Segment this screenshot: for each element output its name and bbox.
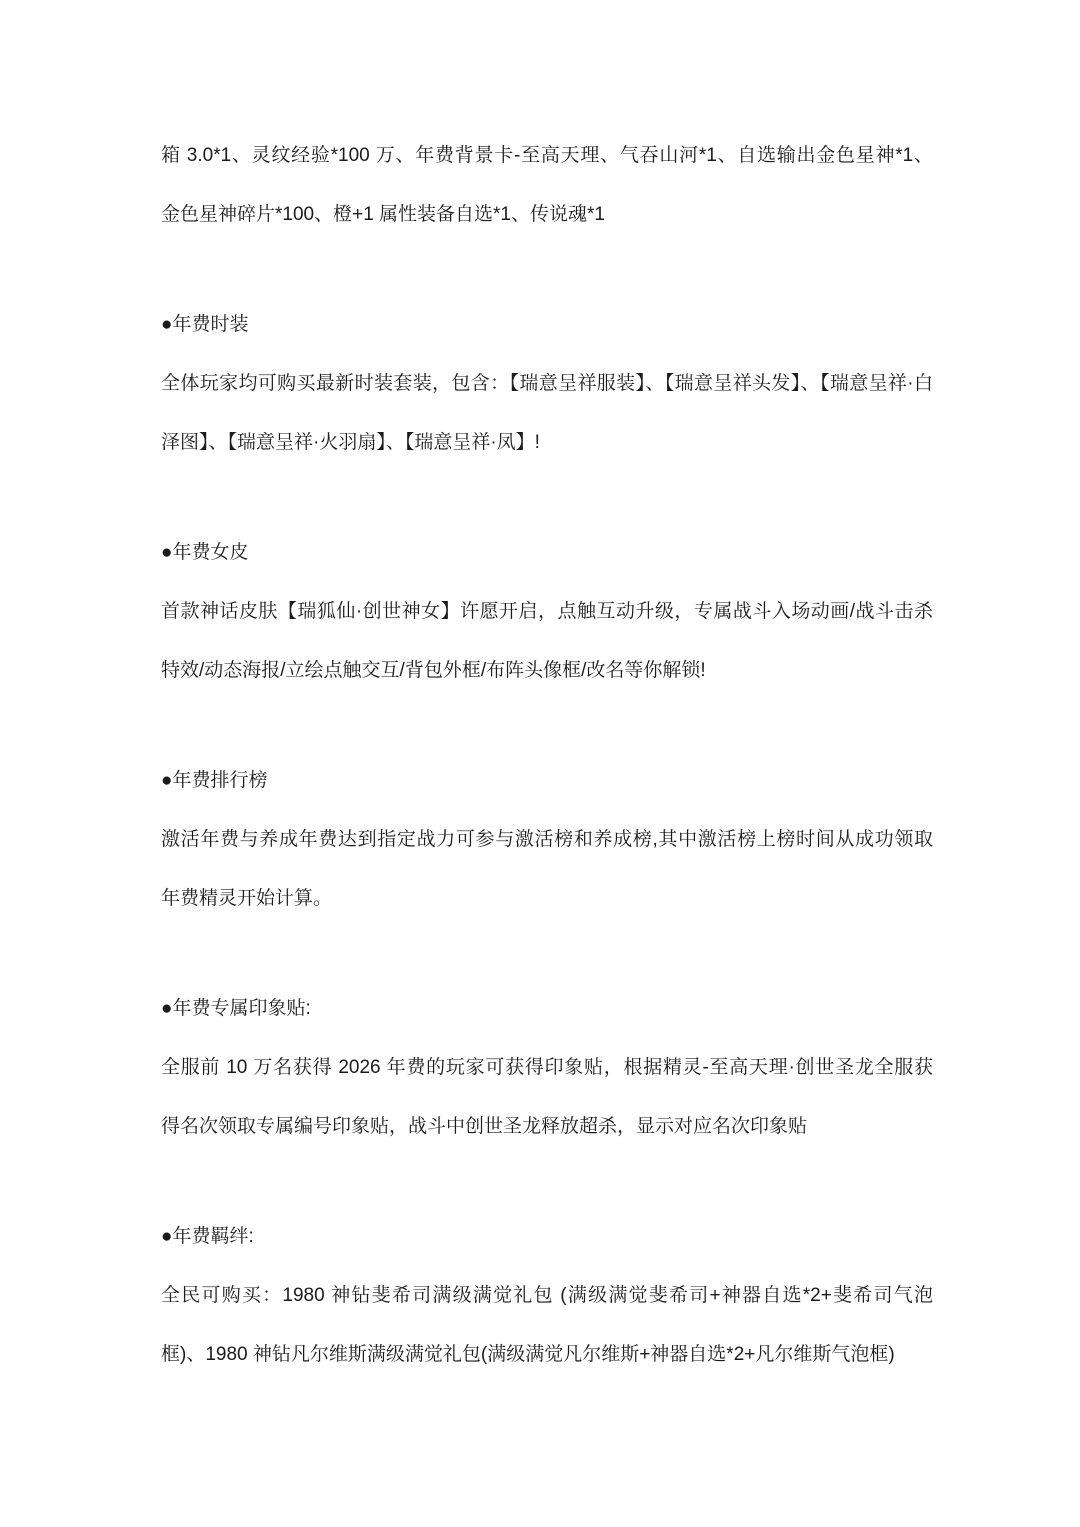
- section-heading: ●年费排行榜: [161, 751, 933, 810]
- paragraph-line: 箱 3.0*1、灵纹经验*100 万、年费背景卡-至高天理、气吞山河*1、自选输…: [161, 126, 933, 185]
- intro-paragraph: 箱 3.0*1、灵纹经验*100 万、年费背景卡-至高天理、气吞山河*1、自选输…: [161, 126, 933, 244]
- section-annual-impression-sticker: ●年费专属印象贴: 全服前 10 万名获得 2026 年费的玩家可获得印象贴，根…: [161, 979, 933, 1156]
- paragraph-line: 全服前 10 万名获得 2026 年费的玩家可获得印象贴，根据精灵-至高天理·创…: [161, 1038, 933, 1097]
- paragraph-line: 特效/动态海报/立绘点触交互/背包外框/布阵头像框/改名等你解锁!: [161, 641, 933, 700]
- paragraph-line: 年费精灵开始计算。: [161, 869, 933, 928]
- document-page: 箱 3.0*1、灵纹经验*100 万、年费背景卡-至高天理、气吞山河*1、自选输…: [161, 126, 933, 1384]
- section-heading: ●年费羁绊:: [161, 1207, 933, 1266]
- section-heading: ●年费时装: [161, 295, 933, 354]
- section-annual-ranking: ●年费排行榜 激活年费与养成年费达到指定战力可参与激活榜和养成榜,其中激活榜上榜…: [161, 751, 933, 928]
- paragraph-line: 全体玩家均可购买最新时装套装，包含：【瑞意呈祥服装】、【瑞意呈祥头发】、【瑞意呈…: [161, 354, 933, 413]
- section-annual-fashion: ●年费时装 全体玩家均可购买最新时装套装，包含：【瑞意呈祥服装】、【瑞意呈祥头发…: [161, 295, 933, 472]
- paragraph-line: 泽图】、【瑞意呈祥·火羽扇】、【瑞意呈祥·凤】!: [161, 413, 933, 472]
- paragraph-line: 首款神话皮肤【瑞狐仙·创世神女】许愿开启，点触互动升级，专属战斗入场动画/战斗击…: [161, 582, 933, 641]
- section-annual-skin: ●年费女皮 首款神话皮肤【瑞狐仙·创世神女】许愿开启，点触互动升级，专属战斗入场…: [161, 523, 933, 700]
- paragraph-line: 激活年费与养成年费达到指定战力可参与激活榜和养成榜,其中激活榜上榜时间从成功领取: [161, 810, 933, 869]
- section-annual-bond: ●年费羁绊: 全民可购买：1980 神钻斐希司满级满觉礼包 (满级满觉斐希司+神…: [161, 1207, 933, 1384]
- paragraph-line: 得名次领取专属编号印象贴，战斗中创世圣龙释放超杀，显示对应名次印象贴: [161, 1097, 933, 1156]
- paragraph-line: 框)、1980 神钻凡尔维斯满级满觉礼包(满级满觉凡尔维斯+神器自选*2+凡尔维…: [161, 1325, 933, 1384]
- section-heading: ●年费专属印象贴:: [161, 979, 933, 1038]
- paragraph-line: 全民可购买：1980 神钻斐希司满级满觉礼包 (满级满觉斐希司+神器自选*2+斐…: [161, 1266, 933, 1325]
- paragraph-line: 金色星神碎片*100、橙+1 属性装备自选*1、传说魂*1: [161, 185, 933, 244]
- section-heading: ●年费女皮: [161, 523, 933, 582]
